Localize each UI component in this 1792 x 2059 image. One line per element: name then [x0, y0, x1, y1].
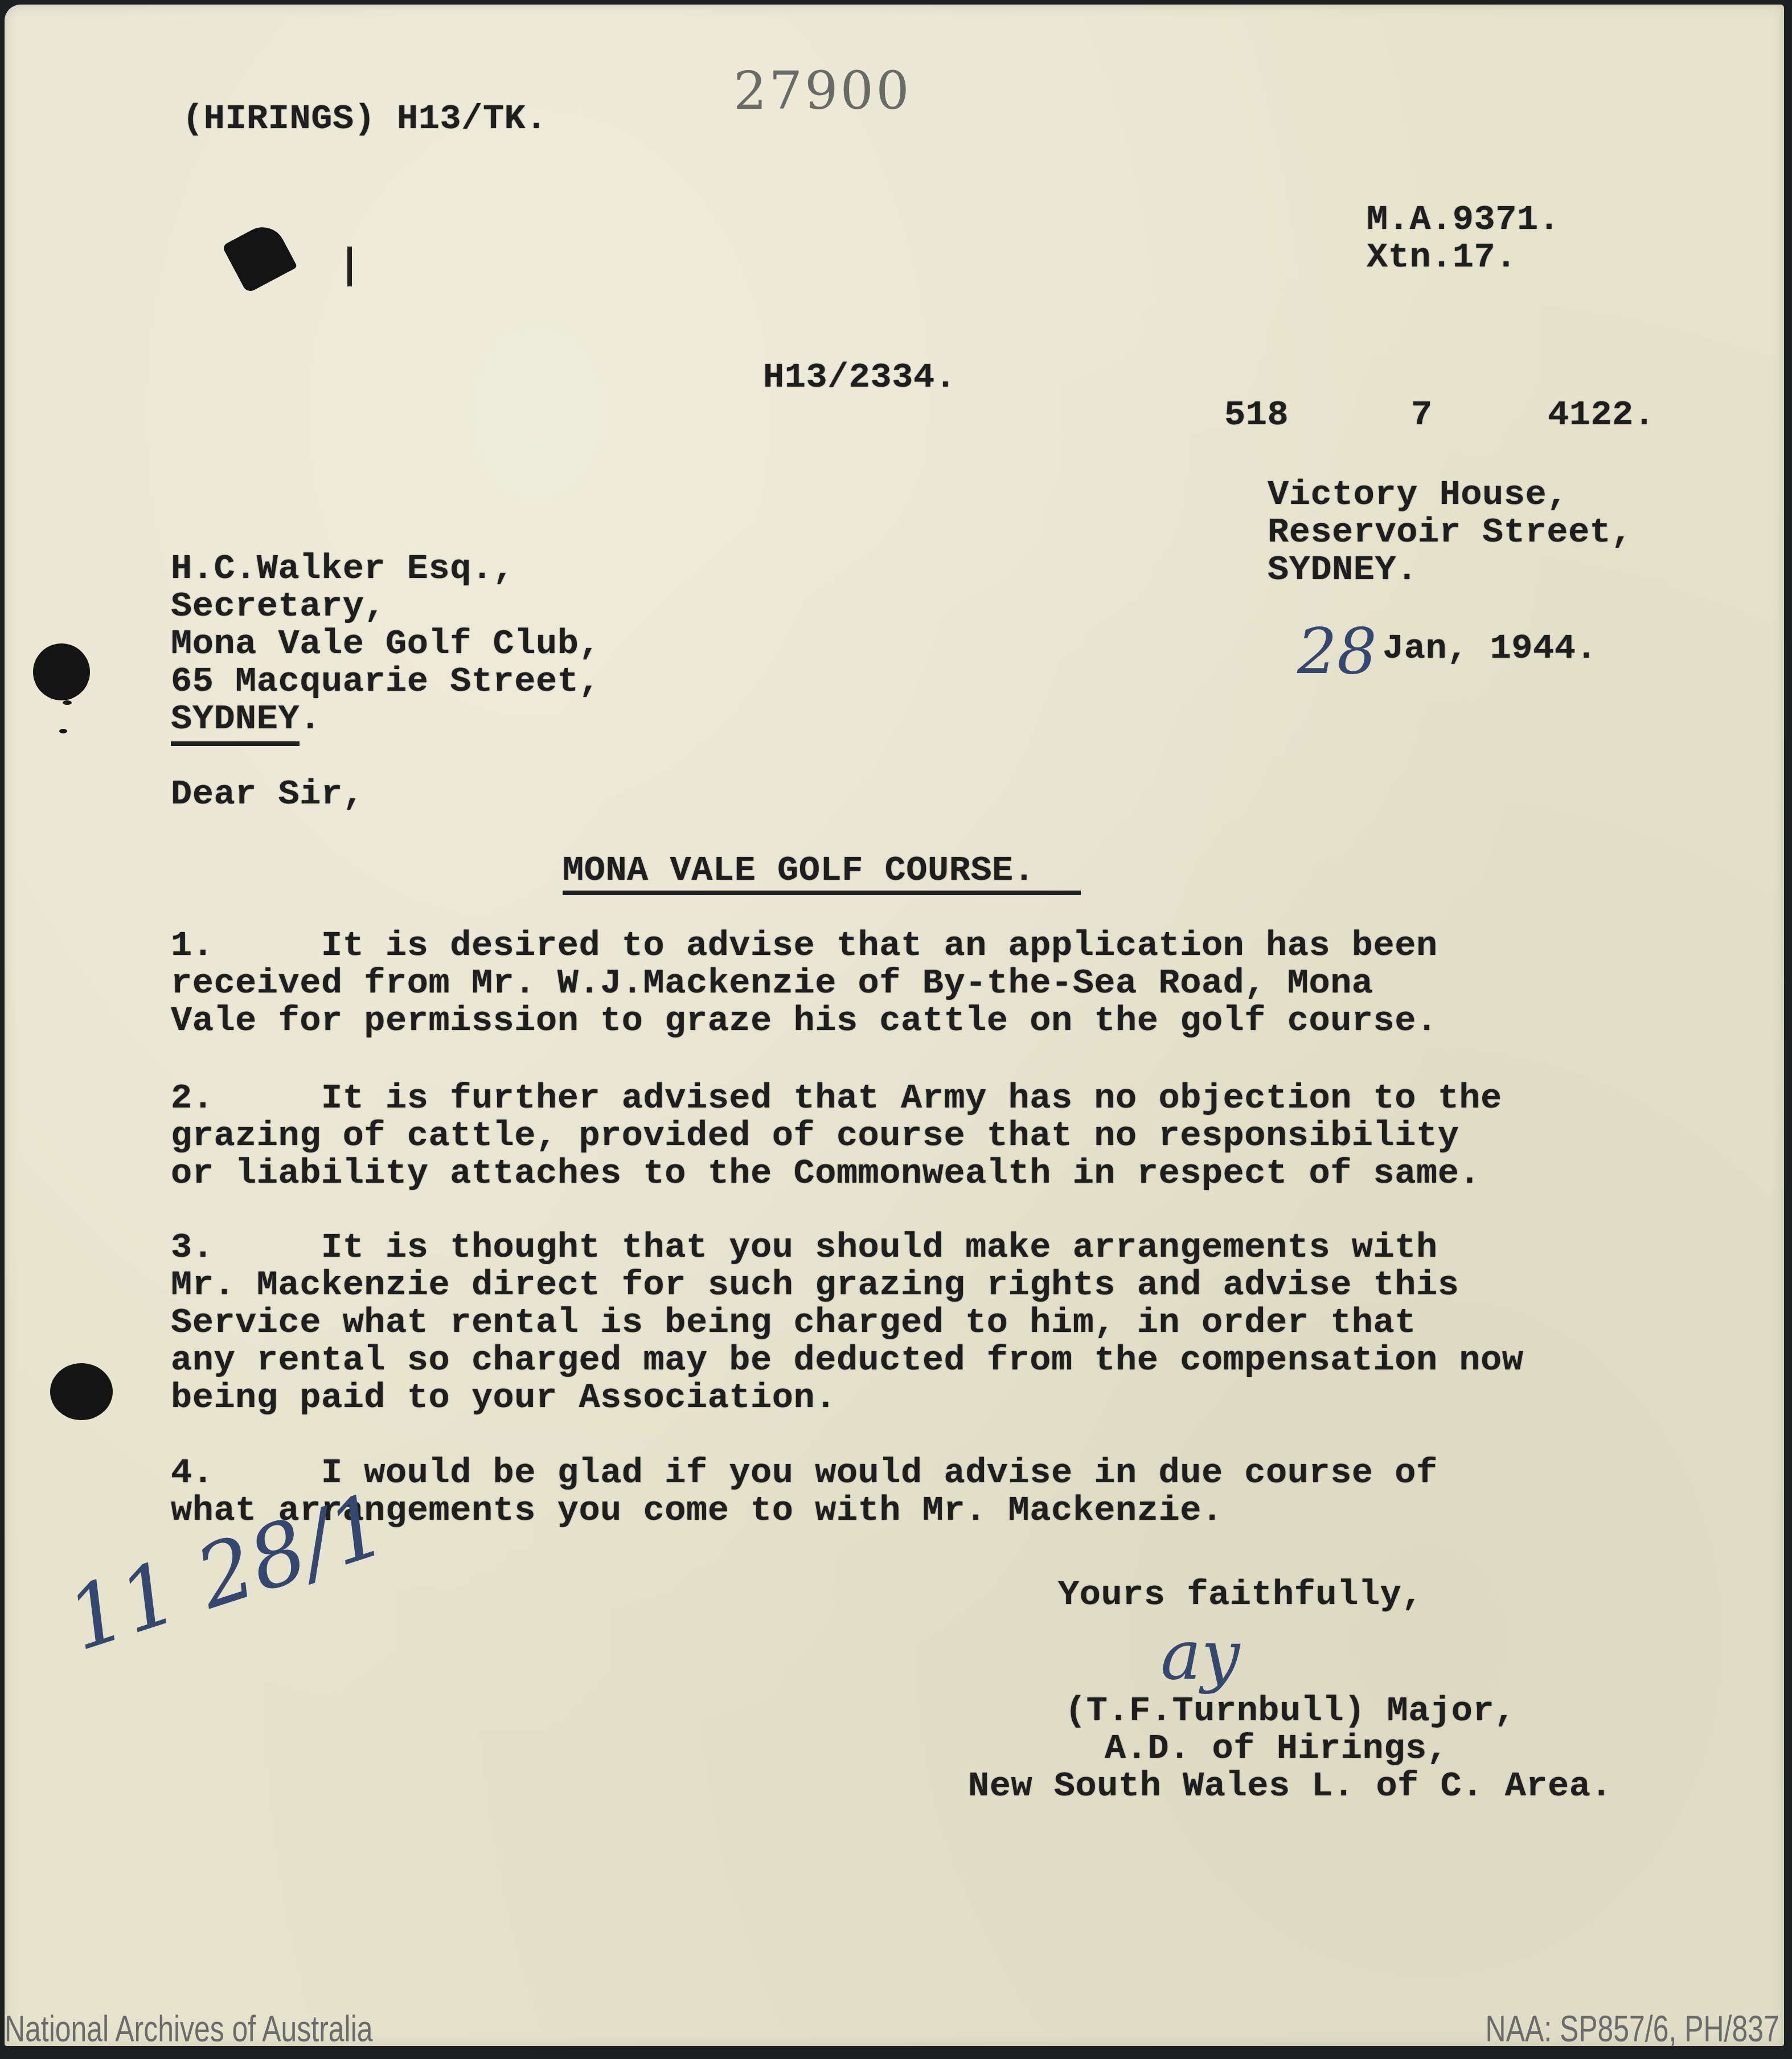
paragraph-text: I would be glad if you would advise in d… — [321, 1453, 1438, 1493]
phone-part-1: 518 — [1224, 396, 1289, 434]
closing: Yours faithfully, — [1058, 1576, 1423, 1614]
subject-heading: MONA VALE GOLF COURSE. — [563, 852, 1081, 895]
paragraph-number: 2. — [171, 1078, 214, 1118]
paragraph-line: 3. It is thought that you should make ar… — [171, 1229, 1523, 1266]
signature: ay — [1161, 1616, 1240, 1695]
file-reference: H13/2334. — [763, 359, 956, 396]
sender-address-line: SYDNEY. — [1268, 551, 1633, 589]
paragraph-text: It is desired to advise that an applicat… — [321, 925, 1438, 966]
paragraph-line: 1. It is desired to advise that an appli… — [171, 927, 1438, 965]
ref-xtn: Xtn.17. — [1367, 239, 1560, 276]
stamp-number: 27900 — [733, 60, 912, 121]
paragraph-line: being paid to your Association. — [171, 1379, 1523, 1417]
paragraph-1: 1. It is desired to advise that an appli… — [171, 927, 1438, 1040]
recipient-address: H.C.Walker Esq., Secretary, Mona Vale Go… — [171, 550, 600, 738]
signatory-title: A.D. of Hirings, — [1105, 1730, 1448, 1767]
paragraph-line: 2. It is further advised that Army has n… — [171, 1080, 1502, 1117]
paragraph-line: or liability attaches to the Commonwealt… — [171, 1155, 1502, 1192]
ink-dot — [59, 729, 67, 733]
paragraph-line: grazing of cattle, provided of course th… — [171, 1117, 1502, 1155]
paragraph-text: It is further advised that Army has no o… — [321, 1078, 1502, 1118]
sender-address-line: Reservoir Street, — [1268, 514, 1633, 551]
footer-citation: NAA: SP857/6, PH/837 — [1486, 2008, 1779, 2050]
paragraph-number: 3. — [171, 1227, 214, 1268]
ref-right-block: M.A.9371. Xtn.17. — [1367, 201, 1560, 276]
ink-speck — [347, 247, 352, 286]
recipient-city-line: SYDNEY. — [171, 700, 600, 738]
document-page: 27900 (HIRINGS) H13/TK. M.A.9371. Xtn.17… — [5, 5, 1784, 2046]
paragraph-line: Mr. Mackenzie direct for such grazing ri… — [171, 1266, 1523, 1304]
recipient-city-suffix: . — [300, 699, 321, 739]
header-reference: (HIRINGS) H13/TK. — [182, 100, 547, 138]
sender-address: Victory House, Reservoir Street, SYDNEY. — [1268, 476, 1633, 589]
punch-hole-upper — [33, 643, 90, 700]
paragraph-line: any rental so charged may be deducted fr… — [171, 1342, 1523, 1379]
signatory-area: New South Wales L. of C. Area. — [968, 1767, 1612, 1805]
paragraph-line: Vale for permission to graze his cattle … — [171, 1002, 1438, 1040]
phone-part-2: 7 — [1411, 396, 1433, 434]
ref-ma: M.A.9371. — [1367, 201, 1560, 239]
salutation: Dear Sir, — [171, 776, 364, 813]
handwritten-day: 28 — [1297, 615, 1377, 688]
recipient-line: Mona Vale Golf Club, — [171, 625, 600, 663]
recipient-line: Secretary, — [171, 588, 600, 625]
sender-address-line: Victory House, — [1268, 476, 1633, 514]
date-typed: Jan, 1944. — [1383, 630, 1597, 667]
paragraph-line: received from Mr. W.J.Mackenzie of By-th… — [171, 965, 1438, 1002]
footer-archive-name: National Archives of Australia — [5, 2008, 373, 2050]
paragraph-3: 3. It is thought that you should make ar… — [171, 1229, 1523, 1417]
paragraph-2: 2. It is further advised that Army has n… — [171, 1080, 1502, 1192]
paragraph-text: It is thought that you should make arran… — [321, 1227, 1438, 1268]
ink-dot — [63, 700, 72, 705]
recipient-city: SYDNEY — [171, 699, 300, 746]
paragraph-number: 4. — [171, 1453, 214, 1493]
signatory-name: (T.F.Turnbull) Major, — [1065, 1692, 1516, 1730]
paragraph-line: Service what rental is being charged to … — [171, 1304, 1523, 1342]
punch-hole-lower — [50, 1363, 113, 1420]
paragraph-number: 1. — [171, 925, 214, 966]
phone-part-3: 4122. — [1548, 396, 1655, 434]
torn-hole-mark — [222, 219, 298, 294]
recipient-line: H.C.Walker Esq., — [171, 550, 600, 588]
recipient-line: 65 Macquarie Street, — [171, 663, 600, 700]
